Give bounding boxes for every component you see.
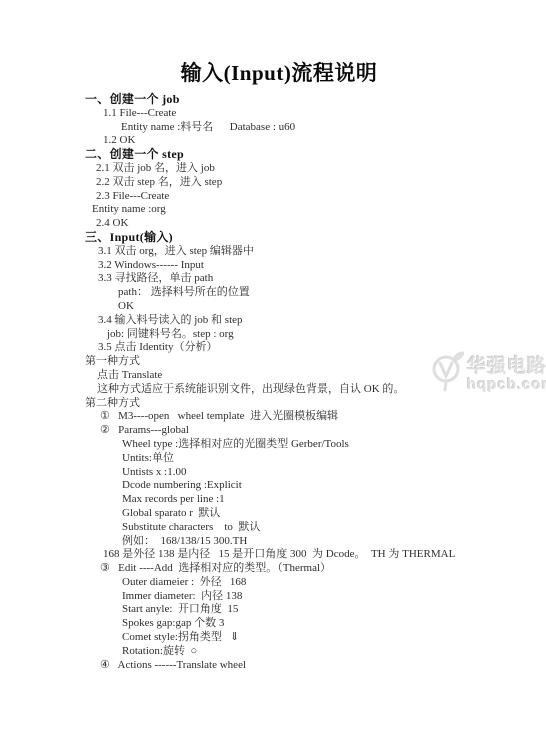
doc-line: path： 选择料号所在的位置 [0, 286, 546, 300]
doc-line: 1.2 OK [0, 134, 546, 148]
section-heading: 三、Input(输入) [0, 231, 546, 245]
doc-line: 第一种方式 [0, 355, 546, 369]
doc-line: 168 是外径 138 是内径 15 是开口角度 300 为 Dcode。 TH… [0, 548, 546, 562]
section-heading: 二、创建一个 step [0, 148, 546, 162]
doc-line: 2.3 File---Create [0, 190, 546, 204]
doc-line: Max records per line :1 [0, 493, 546, 507]
doc-line: Spokes gap:gap 个数 3 [0, 617, 546, 631]
document-page: 输入(Input)流程说明 一、创建一个 job1.1 File---Creat… [0, 0, 546, 747]
doc-line: ④ Actions ------Translate wheel [0, 659, 546, 673]
doc-line: 3.3 寻找路径，单击 path [0, 272, 546, 286]
doc-line: 点击 Translate [0, 369, 546, 383]
doc-line: 2.2 双击 step 名，进入 step [0, 176, 546, 190]
doc-line: OK [0, 300, 546, 314]
doc-line: Substitute characters to 默认 [0, 521, 546, 535]
doc-line: Untists x :1.00 [0, 466, 546, 480]
doc-line: 3.4 输入料号读入的 job 和 step [0, 314, 546, 328]
doc-line: 1.1 File---Create [0, 107, 546, 121]
page-title: 输入(Input)流程说明 [0, 0, 546, 86]
doc-line: Rotation:旋转 ○ [0, 645, 546, 659]
doc-line: Entity name :org [0, 203, 546, 217]
doc-line: 3.1 双击 org，进入 step 编辑器中 [0, 245, 546, 259]
doc-line: 3.2 Windows------ Input [0, 259, 546, 273]
doc-line: Entity name :料号名 Database : u60 [0, 121, 546, 135]
doc-line: 2.4 OK [0, 217, 546, 231]
section-heading: 一、创建一个 job [0, 93, 546, 107]
doc-line: ③ Edit ----Add 选择相对应的类型。（Thermal） [0, 562, 546, 576]
doc-line: ② Params---global [0, 424, 546, 438]
doc-line: 第二种方式 [0, 397, 546, 411]
doc-line: Immer diameter: 内径 138 [0, 590, 546, 604]
doc-line: 2.1 双击 job 名，进入 job [0, 162, 546, 176]
doc-line: Untits:单位 [0, 452, 546, 466]
doc-line: 这种方式适应于系统能识别文件，出现绿色背景，自认 OK 的。 [0, 383, 546, 397]
doc-line: Wheel type :选择相对应的光圈类型 Gerber/Tools [0, 438, 546, 452]
doc-line: Outer diameier : 外径 168 [0, 576, 546, 590]
doc-line: Dcode numbering :Explicit [0, 479, 546, 493]
doc-line: 3.5 点击 Identity（分析） [0, 341, 546, 355]
doc-line: Start anyle: 开口角度 15 [0, 603, 546, 617]
doc-line: Global sparato r 默认 [0, 507, 546, 521]
doc-line: job: 同键料号名。step : org [0, 328, 546, 342]
doc-line: 例如： 168/138/15 300.TH [0, 535, 546, 549]
document-body: 一、创建一个 job1.1 File---CreateEntity name :… [0, 93, 546, 672]
doc-line: Comet style:拐角类型 ⇓ [0, 631, 546, 645]
doc-line: ① M3----open wheel template 进入光圈模板编辑 [0, 410, 546, 424]
